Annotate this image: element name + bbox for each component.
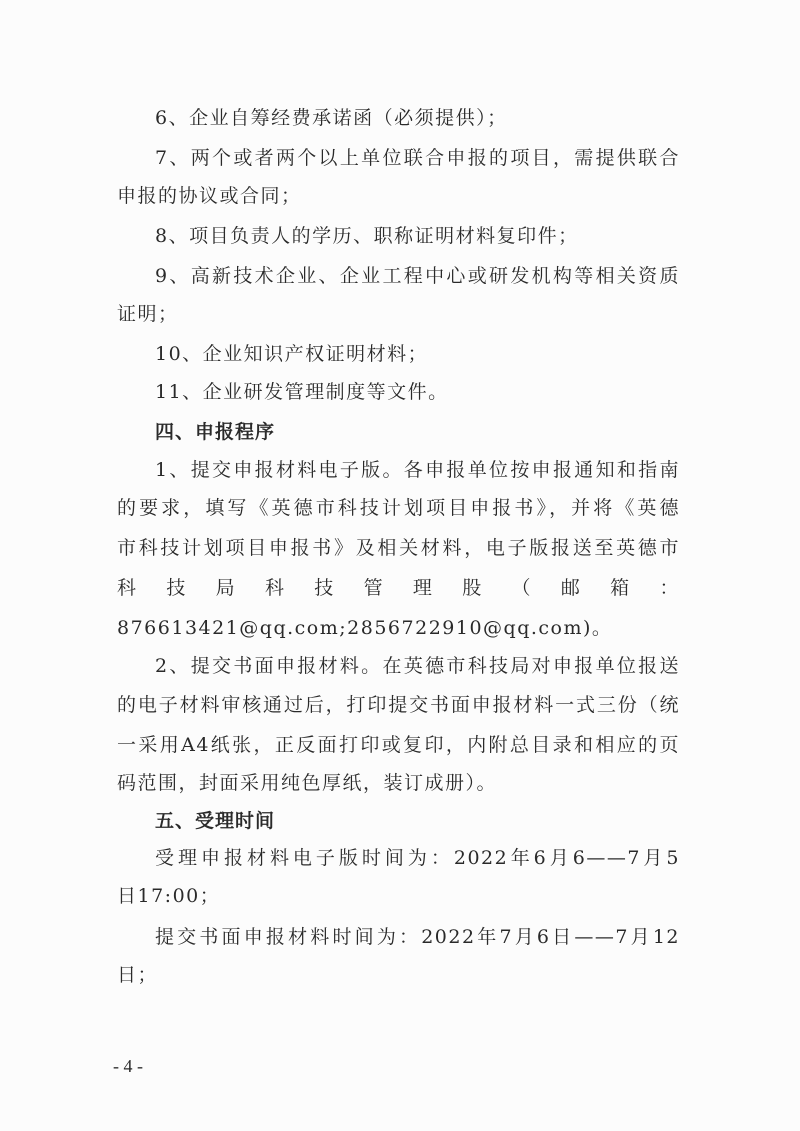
text-line: 8、项目负责人的学历、职称证明材料复印件；	[155, 224, 680, 248]
text-line: 10、企业知识产权证明材料；	[155, 342, 680, 366]
text-line: 2、提交书面申报材料。在英德市科技局对申报单位报送	[155, 654, 680, 678]
text-line: 受理申报材料电子版时间为：2022年6月6——7月5	[155, 846, 680, 870]
text-line: 日；	[117, 963, 680, 987]
text-line: 1、提交申报材料电子版。各申报单位按申报通知和指南	[155, 458, 680, 482]
text-line: 876613421@qq.com;2856722910@qq.com)。	[117, 616, 680, 640]
text-line: 9、高新技术企业、企业工程中心或研发机构等相关资质	[155, 264, 680, 288]
text-line: 6、企业自筹经费承诺函（必须提供）；	[155, 106, 680, 130]
text-line: 日17:00；	[117, 884, 680, 908]
section-heading: 五、受理时间	[155, 809, 680, 833]
text-line: 一采用A4纸张，正反面打印或复印，内附总目录和相应的页	[117, 733, 680, 757]
text-line: 科 技 局 科 技 管 理 股 （ 邮 箱 ：	[117, 576, 680, 600]
text-line: 11、企业研发管理制度等文件。	[155, 380, 680, 404]
text-line: 7、两个或者两个以上单位联合申报的项目，需提供联合	[155, 146, 680, 170]
page-number: - 4 -	[113, 1056, 143, 1077]
text-line: 码范围，封面采用纯色厚纸，装订成册）。	[117, 771, 680, 795]
section-heading: 四、申报程序	[155, 420, 680, 444]
text-line: 证明；	[117, 302, 680, 326]
text-line: 申报的协议或合同；	[117, 184, 680, 208]
document-page: 6、企业自筹经费承诺函（必须提供）；7、两个或者两个以上单位联合申报的项目，需提…	[0, 0, 800, 1131]
text-line: 的要求，填写《英德市科技计划项目申报书》，并将《英德	[117, 496, 680, 520]
text-line: 提交书面申报材料时间为：2022年7月6日——7月12	[155, 925, 680, 949]
text-line: 的电子材料审核通过后，打印提交书面申报材料一式三份（统	[117, 693, 680, 717]
text-line: 市科技计划项目申报书》及相关材料，电子版报送至英德市	[117, 536, 680, 560]
